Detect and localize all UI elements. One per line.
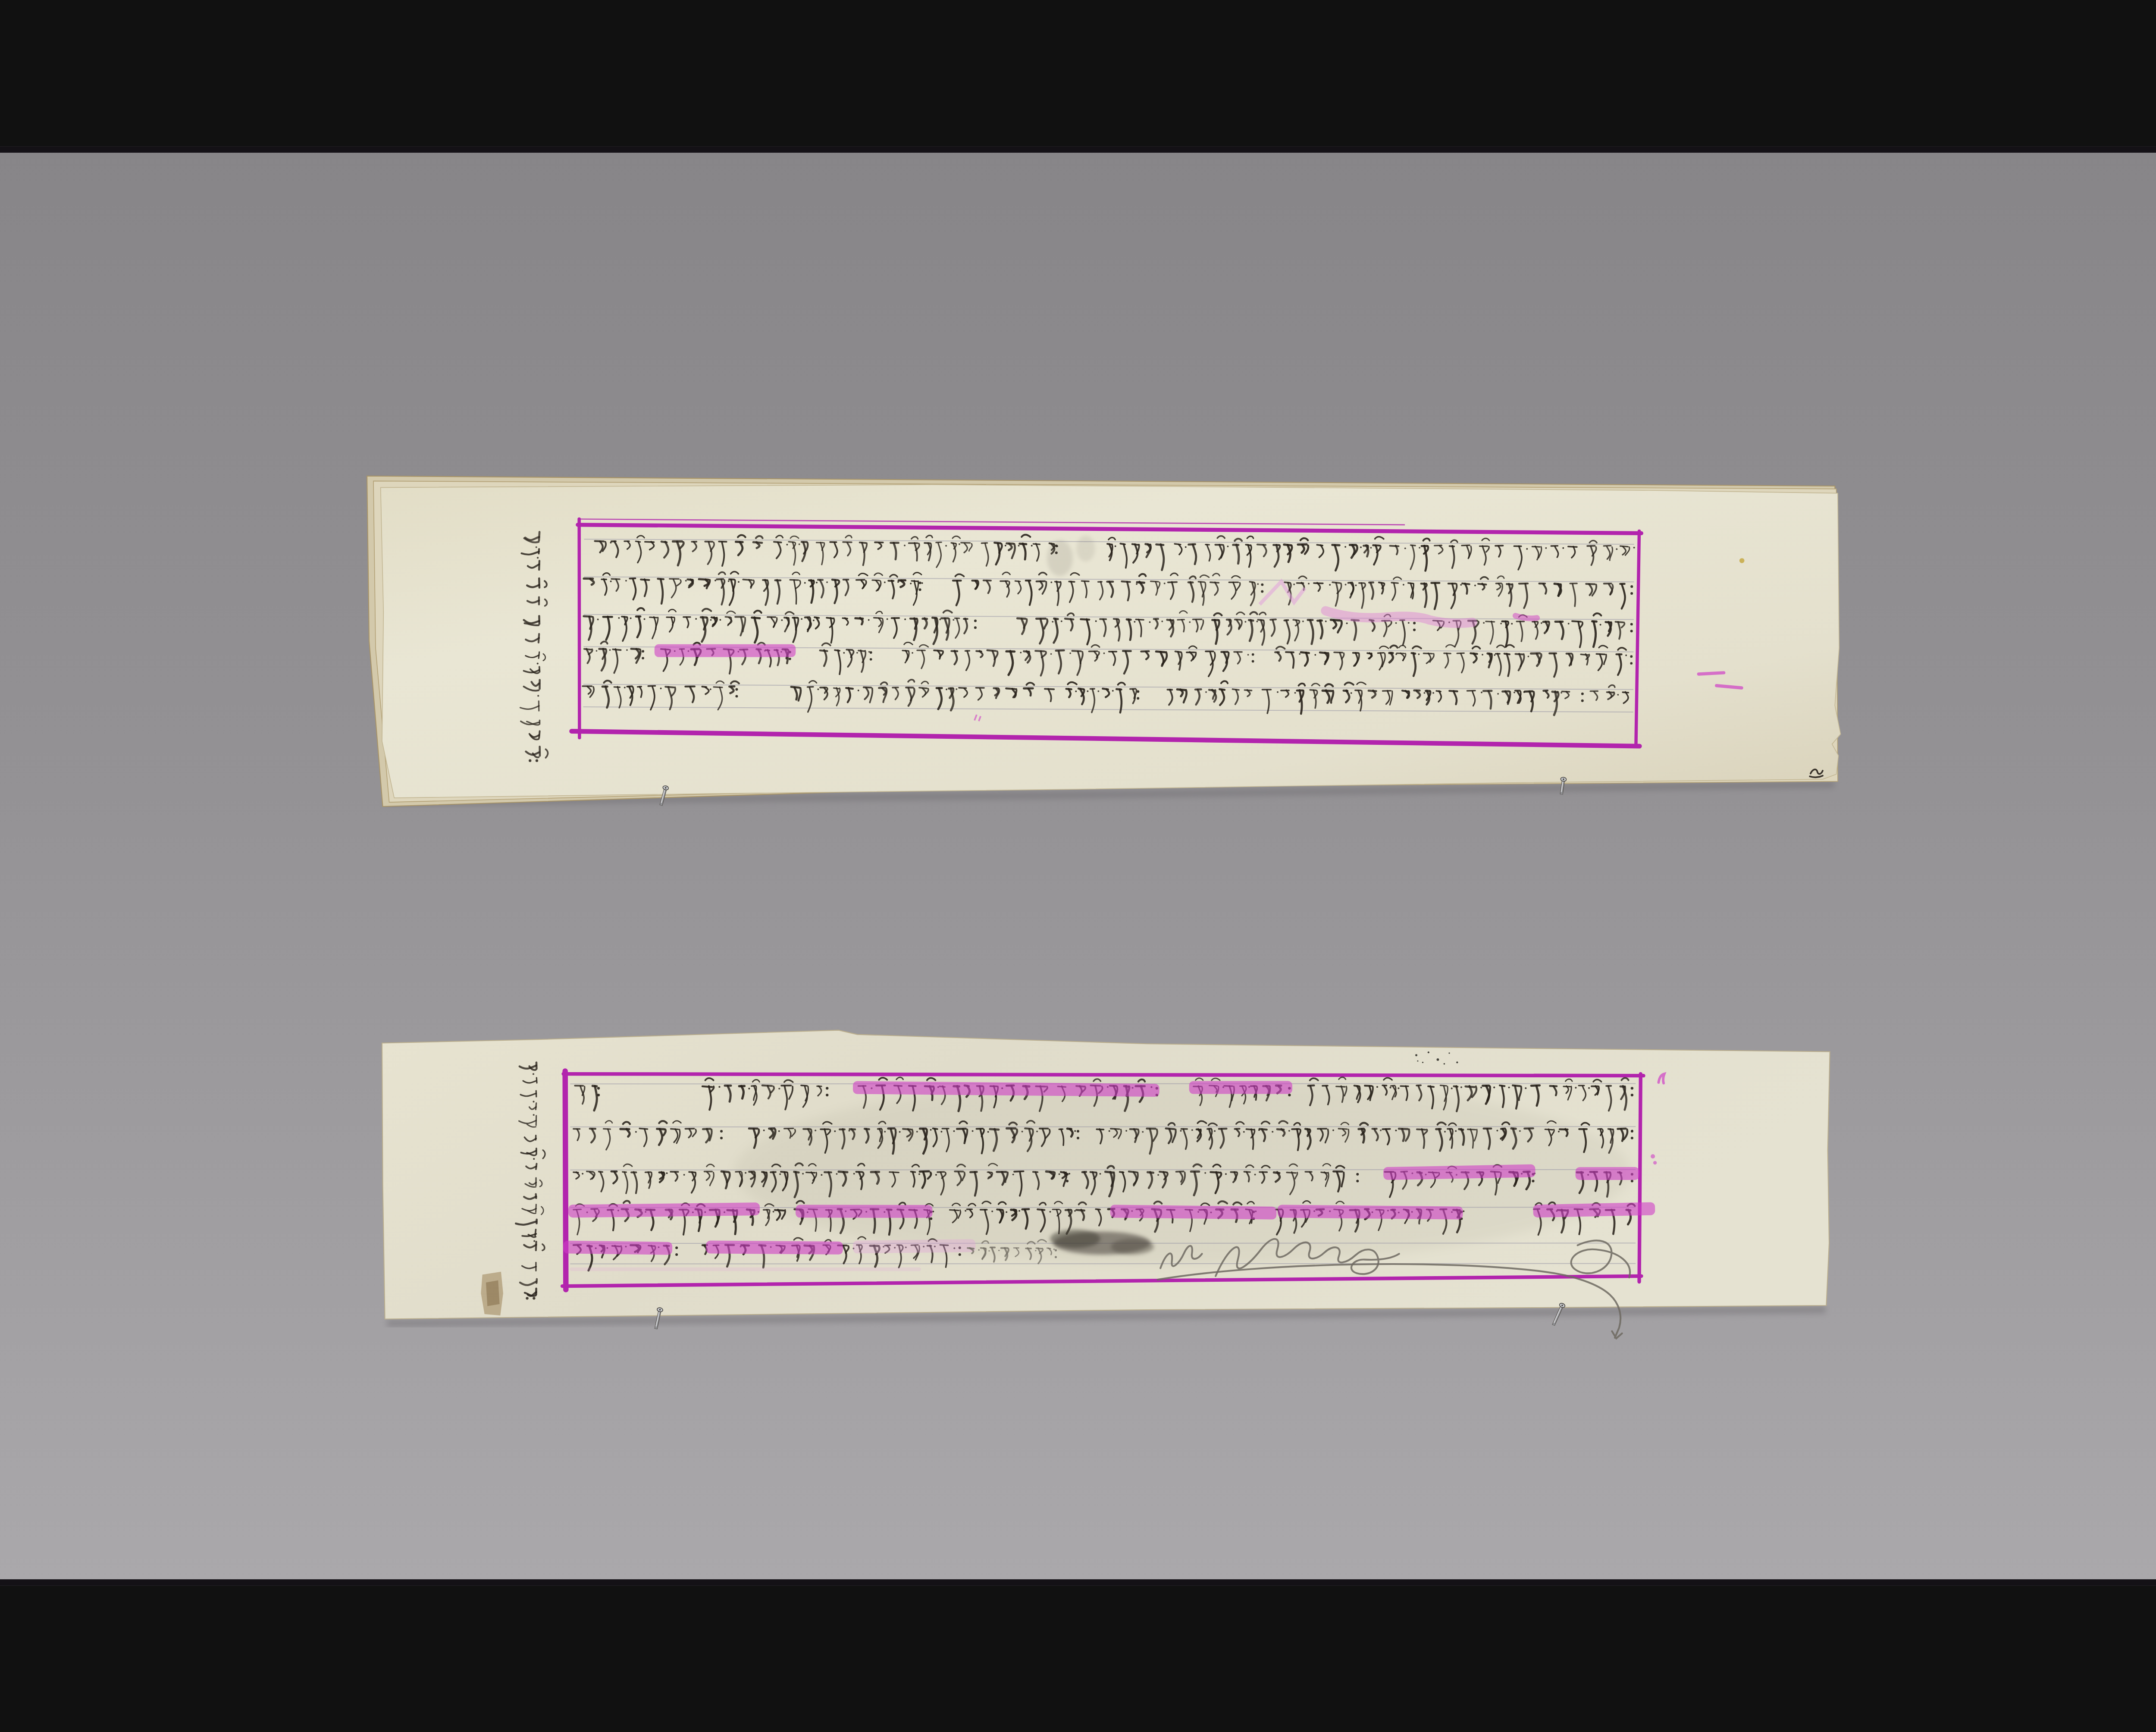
tsheg-dot xyxy=(956,688,957,690)
tsheg-dot xyxy=(683,1174,685,1176)
smudge-blob xyxy=(1111,1239,1154,1255)
ink-stroke xyxy=(1129,1171,1136,1172)
tsheg-dot xyxy=(1243,1131,1245,1133)
tsheg-dot xyxy=(1545,547,1547,549)
tsheg-dot xyxy=(899,1131,901,1133)
ink-stroke xyxy=(806,1172,815,1173)
ink-stroke xyxy=(603,1129,610,1129)
guide-line xyxy=(570,1263,1636,1264)
tsheg-dot xyxy=(609,649,611,651)
ink-stroke xyxy=(961,543,970,543)
tsheg-dot xyxy=(1633,547,1635,549)
tsheg-dot xyxy=(1277,691,1279,693)
tsheg-dot xyxy=(821,1174,822,1176)
ink-stroke xyxy=(702,1086,712,1087)
ink-stroke xyxy=(1334,652,1342,653)
ink-stroke xyxy=(648,686,655,686)
ink-stroke xyxy=(864,687,871,688)
gter-tsheg-dot xyxy=(1630,592,1633,595)
tsheg-dot xyxy=(1100,1173,1101,1175)
tsheg-dot xyxy=(817,688,819,690)
gter-tsheg-dot xyxy=(1288,1094,1291,1096)
ink-stroke xyxy=(1122,581,1130,582)
ink-stroke xyxy=(1065,618,1073,619)
gter-tsheg-dot xyxy=(1631,1130,1633,1133)
gter-tsheg-dot xyxy=(529,759,531,762)
ink-stroke xyxy=(736,1172,741,1172)
gter-tsheg-dot xyxy=(720,1130,723,1133)
tsheg-dot xyxy=(998,1250,1000,1251)
tsheg-dot xyxy=(1157,1174,1159,1176)
tsheg-dot xyxy=(904,545,906,546)
tsheg-dot xyxy=(1514,692,1515,693)
tsheg-dot xyxy=(1018,1210,1020,1212)
gter-tsheg-dot xyxy=(642,650,644,653)
tsheg-dot xyxy=(1360,546,1362,548)
tsheg-dot xyxy=(1508,1086,1510,1088)
ink-stroke xyxy=(1072,651,1081,651)
ink-stroke xyxy=(536,1242,536,1250)
ink-stroke xyxy=(892,618,899,618)
tsheg-dot xyxy=(630,618,632,619)
tsheg-dot xyxy=(1325,621,1327,622)
ink-stroke xyxy=(890,1172,899,1173)
gter-tsheg-dot xyxy=(1261,584,1263,586)
tsheg-dot xyxy=(1006,1211,1007,1213)
gter-tsheg-dot xyxy=(675,1253,678,1256)
gter-tsheg-dot xyxy=(1413,622,1416,624)
photo-edge-strip-bottom xyxy=(0,1579,2156,1586)
tsheg-dot xyxy=(1164,583,1166,584)
tsheg-dot xyxy=(626,649,628,651)
highlight-strike xyxy=(796,1205,933,1217)
tsheg-dot xyxy=(1376,1086,1378,1088)
tsheg-dot xyxy=(695,618,697,620)
tsheg-dot xyxy=(965,1210,966,1212)
gter-tsheg-dot xyxy=(1581,700,1584,702)
ink-stroke xyxy=(827,618,833,618)
tsheg-dot xyxy=(1314,654,1316,656)
tsheg-dot xyxy=(1161,621,1163,622)
gter-tsheg-dot xyxy=(1356,1180,1359,1183)
tsheg-dot xyxy=(1185,546,1187,548)
ink-speck xyxy=(1415,1054,1417,1056)
tsheg-dot xyxy=(1087,690,1088,692)
tsheg-dot xyxy=(940,1131,942,1133)
tsheg-dot xyxy=(799,543,800,545)
tsheg-dot xyxy=(1528,656,1529,657)
tsheg-dot xyxy=(685,580,687,581)
ink-stroke xyxy=(1390,546,1398,546)
tsheg-dot xyxy=(1256,621,1258,622)
tsheg-dot xyxy=(625,580,627,582)
ink-speck xyxy=(1444,1063,1445,1065)
pink-smear xyxy=(1516,616,1537,618)
ink-speck xyxy=(1428,1051,1429,1053)
ink-stroke xyxy=(1081,619,1089,620)
gter-tsheg-dot xyxy=(1631,1137,1633,1139)
ink-stroke xyxy=(539,667,540,672)
gter-tsheg-dot xyxy=(1413,629,1416,631)
ink-stroke xyxy=(1620,546,1628,546)
tsheg-dot xyxy=(1494,654,1495,656)
tsheg-dot xyxy=(1616,548,1617,550)
tsheg-dot xyxy=(887,618,888,620)
highlight-strike xyxy=(655,644,796,657)
ink-stroke xyxy=(856,580,865,580)
tsheg-dot xyxy=(1299,653,1300,655)
ink-stroke xyxy=(936,542,941,543)
tsheg-dot xyxy=(1103,653,1105,654)
gter-tsheg-dot xyxy=(870,651,872,654)
tsheg-dot xyxy=(959,543,960,545)
gter-tsheg-dot xyxy=(597,1094,600,1096)
ink-stroke xyxy=(631,649,639,649)
gter-tsheg-dot xyxy=(1630,623,1633,625)
ink-stroke xyxy=(536,1078,537,1083)
ink-stroke xyxy=(1175,544,1181,545)
ink-stroke xyxy=(1331,620,1340,620)
tsheg-dot xyxy=(1480,1087,1482,1089)
ink-stroke xyxy=(1025,1128,1031,1129)
tsheg-dot xyxy=(853,1173,855,1174)
tsheg-dot xyxy=(1404,547,1406,549)
ink-stroke xyxy=(1006,688,1015,689)
gter-tsheg-dot xyxy=(1066,1180,1069,1183)
tsheg-dot xyxy=(946,689,947,690)
tsheg-dot xyxy=(1525,1087,1526,1089)
tsheg-dot xyxy=(1302,621,1304,622)
ink-stroke xyxy=(1486,621,1495,622)
ink-stroke xyxy=(665,687,674,687)
tsheg-dot xyxy=(1625,655,1627,656)
ink-stroke xyxy=(987,650,996,651)
gter-tsheg-dot xyxy=(735,688,738,691)
ink-speck xyxy=(1456,1061,1458,1063)
ink-stroke xyxy=(1468,1129,1476,1130)
tsheg-dot xyxy=(1097,690,1099,692)
tsheg-dot xyxy=(1432,692,1434,694)
tsheg-dot xyxy=(978,1249,979,1251)
highlight-strike xyxy=(568,1202,760,1217)
ink-stroke xyxy=(539,578,539,588)
tsheg-dot xyxy=(714,580,716,581)
gter-tsheg-dot xyxy=(1055,1249,1057,1251)
pink-dash xyxy=(1698,673,1724,675)
tsheg-dot xyxy=(1018,545,1020,546)
tsheg-dot xyxy=(1225,1173,1227,1175)
tsheg-dot xyxy=(918,1173,920,1175)
tsheg-dot xyxy=(1095,620,1097,622)
tsheg-dot xyxy=(1022,1131,1023,1133)
tsheg-dot xyxy=(1069,653,1071,654)
frame-top-line xyxy=(564,1074,1644,1076)
ink-stroke xyxy=(801,1086,807,1086)
tsheg-dot xyxy=(1346,622,1348,624)
gter-tsheg-dot xyxy=(1631,1180,1633,1183)
highlight-strike xyxy=(1533,1202,1655,1218)
ink-stroke xyxy=(1586,584,1595,584)
tsheg-dot xyxy=(618,617,620,619)
gter-tsheg-dot xyxy=(1066,1173,1069,1176)
tsheg-dot xyxy=(1481,691,1482,693)
ink-stroke xyxy=(1531,1086,1540,1086)
tsheg-dot xyxy=(781,619,783,621)
ink-stroke xyxy=(874,618,881,618)
tsheg-dot xyxy=(1389,1087,1391,1089)
tsheg-dot xyxy=(1519,1130,1521,1132)
tsheg-dot xyxy=(953,619,954,621)
gter-tsheg-dot xyxy=(919,588,921,591)
gter-tsheg-dot xyxy=(919,581,921,584)
gter-tsheg-dot xyxy=(1630,662,1633,665)
tsheg-dot xyxy=(635,1131,637,1133)
tsheg-dot xyxy=(1398,1087,1399,1089)
tsheg-dot xyxy=(1423,692,1425,694)
tsheg-dot xyxy=(916,1131,918,1133)
tsheg-dot xyxy=(1205,691,1207,693)
gter-tsheg-dot xyxy=(974,619,977,622)
ink-stroke xyxy=(1257,545,1266,545)
tsheg-dot xyxy=(1460,1086,1462,1088)
ink-speck xyxy=(1437,1058,1439,1061)
tsheg-dot xyxy=(1455,1130,1457,1132)
tsheg-dot xyxy=(537,557,539,559)
ink-stroke xyxy=(613,649,620,650)
tsheg-dot xyxy=(1395,622,1397,624)
tsheg-dot xyxy=(536,546,537,548)
tsheg-dot xyxy=(1052,621,1053,623)
tsheg-dot xyxy=(1463,1211,1464,1212)
tsheg-dot xyxy=(660,687,662,689)
gter-tsheg-dot xyxy=(826,1087,828,1089)
tsheg-dot xyxy=(1257,583,1259,585)
ink-ghost xyxy=(1047,540,1073,576)
tsheg-dot xyxy=(953,1130,955,1132)
gter-tsheg-dot xyxy=(959,1253,961,1256)
tsheg-dot xyxy=(1308,583,1310,584)
tsheg-dot xyxy=(836,1173,837,1175)
ink-stroke xyxy=(1604,546,1611,546)
ink-stroke xyxy=(1000,581,1008,581)
gter-tsheg-dot xyxy=(1137,697,1139,700)
ink-stroke xyxy=(903,1129,911,1130)
highlight-strike xyxy=(1110,1205,1277,1219)
tsheg-dot xyxy=(1460,584,1462,586)
gter-tsheg-dot xyxy=(642,657,644,659)
tsheg-dot xyxy=(1395,1130,1397,1131)
tsheg-dot xyxy=(1418,653,1420,655)
tsheg-dot xyxy=(1575,1087,1576,1089)
tsheg-dot xyxy=(804,582,806,584)
tsheg-dot xyxy=(1112,690,1114,692)
tsheg-dot xyxy=(1005,545,1006,546)
tsheg-dot xyxy=(1134,621,1135,623)
tsheg-dot xyxy=(991,1211,993,1212)
tsheg-dot xyxy=(1558,1131,1560,1133)
tsheg-dot xyxy=(537,662,539,664)
photo-edge-strip-top xyxy=(0,146,2156,153)
tsheg-dot xyxy=(912,652,913,654)
tsheg-dot xyxy=(1214,1130,1216,1132)
highlight-strike xyxy=(1189,1081,1292,1094)
ink-stroke xyxy=(584,616,592,617)
tsheg-dot xyxy=(1059,1173,1060,1175)
ink-stroke xyxy=(1615,622,1623,622)
pin-tip xyxy=(1561,792,1563,794)
ink-stroke xyxy=(730,686,735,687)
ink-stroke xyxy=(1513,1086,1520,1086)
gter-tsheg-dot xyxy=(533,1297,535,1299)
ink-stroke xyxy=(1519,584,1528,584)
ink-stroke xyxy=(959,688,966,688)
ink-stroke xyxy=(650,617,657,618)
tsheg-dot xyxy=(884,581,886,583)
tsheg-dot xyxy=(843,652,845,654)
ink-stroke xyxy=(1014,1171,1024,1172)
tsheg-dot xyxy=(1012,1173,1014,1175)
ink-stroke xyxy=(1141,651,1149,652)
tsheg-dot xyxy=(1444,1131,1446,1133)
tsheg-dot xyxy=(1272,1131,1273,1133)
tsheg-dot xyxy=(910,583,912,584)
tsheg-dot xyxy=(1496,1130,1498,1132)
tsheg-dot xyxy=(1500,623,1502,624)
gter-tsheg-dot xyxy=(675,1246,678,1249)
ink-stroke xyxy=(1435,545,1442,546)
pin-tip xyxy=(655,1326,658,1329)
tsheg-dot xyxy=(884,1131,886,1133)
tsheg-dot xyxy=(1344,546,1346,548)
ink-stroke xyxy=(1568,546,1577,547)
tsheg-dot xyxy=(1189,621,1191,623)
tsheg-dot xyxy=(624,687,626,688)
tsheg-dot xyxy=(596,650,598,652)
tsheg-dot xyxy=(815,1130,816,1131)
highlight-strike xyxy=(706,1241,843,1255)
tsheg-dot xyxy=(1061,621,1062,622)
tsheg-dot xyxy=(1053,1249,1055,1250)
tsheg-dot xyxy=(802,1173,804,1174)
gter-tsheg-dot xyxy=(974,626,977,629)
tsheg-dot xyxy=(1568,623,1570,624)
ink-stroke xyxy=(1401,1086,1408,1086)
brown-stain-core xyxy=(486,1280,500,1306)
tsheg-dot xyxy=(1136,583,1138,585)
gter-tsheg-dot xyxy=(870,658,872,661)
highlight-strike xyxy=(1576,1167,1639,1180)
gter-tsheg-dot xyxy=(930,1217,932,1220)
ink-stroke xyxy=(1136,619,1144,620)
gter-tsheg-dot xyxy=(1055,1256,1057,1258)
gter-tsheg-dot xyxy=(1252,660,1254,663)
tsheg-dot xyxy=(1332,1130,1334,1131)
ink-stroke xyxy=(1531,653,1539,654)
tsheg-dot xyxy=(856,652,858,654)
tsheg-dot xyxy=(1380,1130,1382,1131)
gter-tsheg-dot xyxy=(1630,655,1633,658)
pink-dash xyxy=(1717,686,1742,688)
tsheg-dot xyxy=(779,1173,781,1175)
bottom-manuscript-leaf xyxy=(382,1030,1830,1339)
tsheg-dot xyxy=(666,1172,668,1174)
tsheg-dot xyxy=(816,582,818,584)
tsheg-dot xyxy=(1355,584,1357,586)
tsheg-dot xyxy=(1419,547,1420,549)
gter-tsheg-dot xyxy=(1532,1180,1535,1183)
tsheg-dot xyxy=(1031,545,1033,546)
tsheg-dot xyxy=(1370,547,1372,549)
tsheg-dot xyxy=(718,1086,720,1088)
ink-stroke xyxy=(1399,1129,1407,1129)
tsheg-dot xyxy=(748,1088,750,1089)
gter-tsheg-dot xyxy=(720,1137,723,1139)
ink-stroke xyxy=(1467,690,1475,691)
tsheg-dot xyxy=(533,1114,535,1116)
ink-ghost xyxy=(1076,536,1095,562)
tsheg-dot xyxy=(1562,547,1564,549)
gter-tsheg-dot xyxy=(1261,590,1263,593)
tsheg-dot xyxy=(1035,1250,1036,1251)
tsheg-dot xyxy=(1180,1130,1181,1132)
tsheg-dot xyxy=(1408,622,1410,624)
ink-stroke xyxy=(1572,621,1581,621)
tsheg-dot xyxy=(786,544,788,546)
tsheg-dot xyxy=(1493,1086,1495,1088)
tsheg-dot xyxy=(710,688,711,690)
tsheg-dot xyxy=(904,618,906,620)
frame-right-line xyxy=(1639,1074,1641,1282)
frame-left-line xyxy=(565,1071,566,1290)
gter-tsheg-dot xyxy=(735,695,738,697)
ink-stroke xyxy=(1286,652,1294,653)
tsheg-dot xyxy=(801,618,802,620)
tsheg-dot xyxy=(1050,581,1052,583)
tsheg-dot xyxy=(728,580,730,582)
tsheg-dot xyxy=(945,545,947,547)
tsheg-dot xyxy=(738,581,740,583)
tsheg-dot xyxy=(1497,693,1499,695)
pink-dot xyxy=(1651,1154,1655,1158)
gter-tsheg-dot xyxy=(1581,693,1584,695)
gter-tsheg-dot xyxy=(1630,585,1633,588)
tsheg-dot xyxy=(1345,584,1347,586)
tsheg-dot xyxy=(745,1172,746,1173)
tsheg-dot xyxy=(778,1088,780,1089)
ink-stroke xyxy=(1178,620,1185,620)
top-manuscript-leaf xyxy=(367,476,1841,806)
ink-stroke xyxy=(808,687,813,687)
tsheg-dot xyxy=(710,619,712,621)
tsheg-dot xyxy=(537,695,539,697)
tsheg-dot xyxy=(1617,694,1619,696)
tsheg-dot xyxy=(1254,1174,1256,1176)
tsheg-dot xyxy=(533,1240,535,1242)
ink-stroke xyxy=(981,543,987,543)
tsheg-dot xyxy=(582,1173,583,1174)
ink-stroke xyxy=(1391,583,1398,583)
gter-tsheg-dot xyxy=(1137,690,1139,693)
ink-speck xyxy=(1417,1061,1418,1062)
ink-stroke xyxy=(1015,581,1020,581)
ink-stroke xyxy=(784,1128,793,1129)
tsheg-dot xyxy=(773,1211,774,1212)
tsheg-dot xyxy=(1588,1087,1590,1089)
tsheg-dot xyxy=(1036,1130,1038,1132)
highlight-strike xyxy=(563,1241,672,1255)
tsheg-dot xyxy=(1294,692,1296,694)
tsheg-dot xyxy=(1142,1131,1144,1133)
